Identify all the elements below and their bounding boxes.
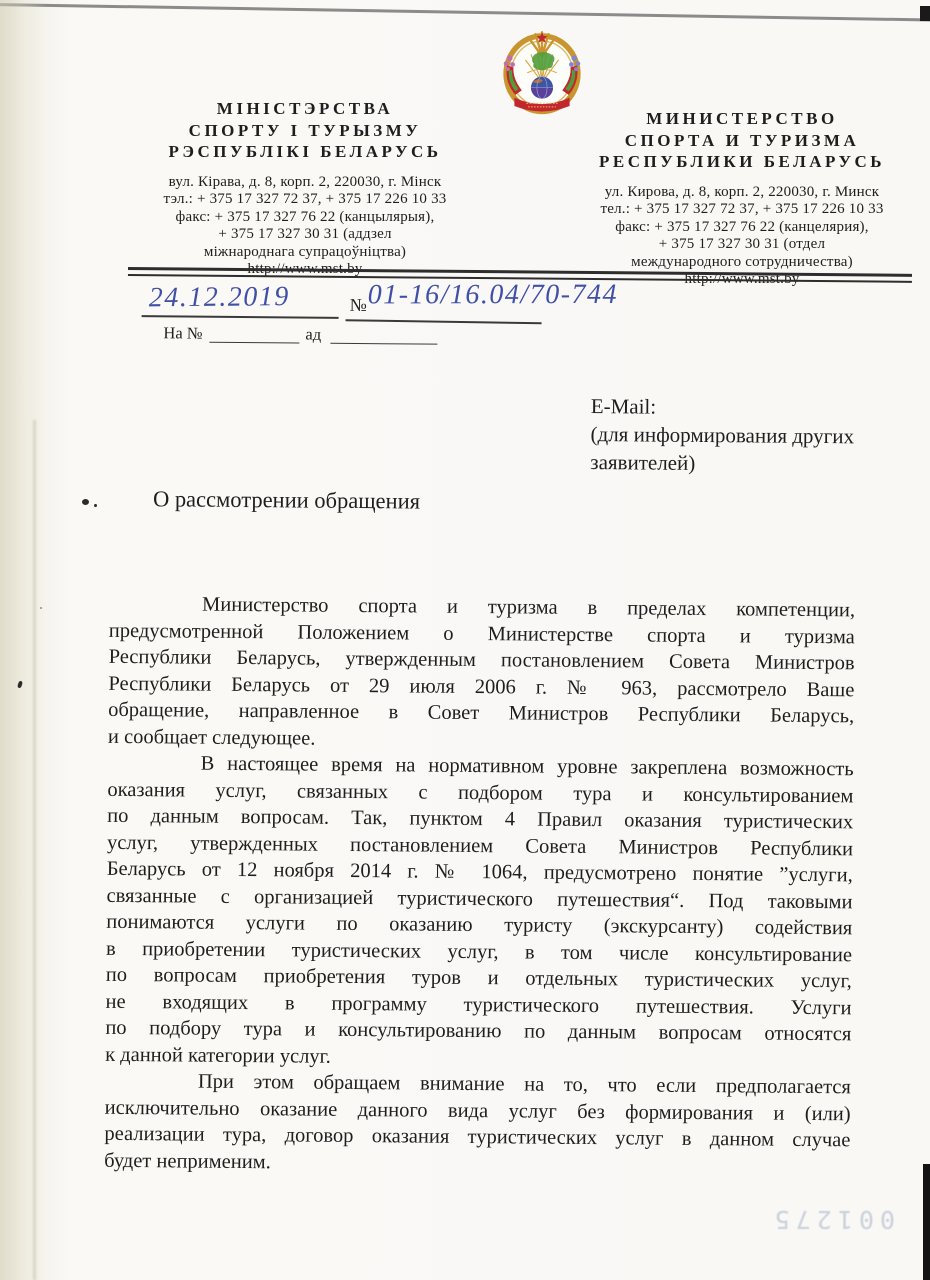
subject-line: О рассмотрении обращения (153, 486, 420, 514)
recipient-line: заявителей) (590, 448, 854, 478)
number-sign-label: № (350, 295, 367, 316)
date-underline (142, 315, 339, 318)
reply-from-label: ад (305, 325, 321, 345)
scanned-letter-page: 001275 (0, 0, 930, 1280)
body-text: Министерство спорта и туризма в пределах… (104, 591, 855, 1180)
scan-right-edge-strip (923, 1164, 930, 1280)
handwritten-date: 24.12.2019 (149, 281, 290, 314)
reply-to-label: На № (163, 323, 202, 343)
recipient-line: (для информирования других (590, 420, 854, 450)
number-underline (346, 319, 542, 324)
reply-date-blank-line (330, 343, 437, 345)
body-paragraph: При этом обращаем внимание на то, что ес… (104, 1068, 851, 1181)
body-paragraph: В настоящее время на нормативном уровне … (105, 750, 854, 1074)
recipient-block: E-Mail:(для информирования другихзаявите… (590, 392, 854, 478)
handwritten-outgoing-number: 01-16/16.04/70-744 (368, 279, 618, 311)
recipient-line: E-Mail: (591, 392, 855, 422)
letter-content: 24.12.2019 № 01-16/16.04/70-744 На № ад … (0, 0, 930, 1280)
body-paragraph: Министерство спорта и туризма в пределах… (108, 591, 855, 757)
reply-number-blank-line (209, 342, 299, 344)
